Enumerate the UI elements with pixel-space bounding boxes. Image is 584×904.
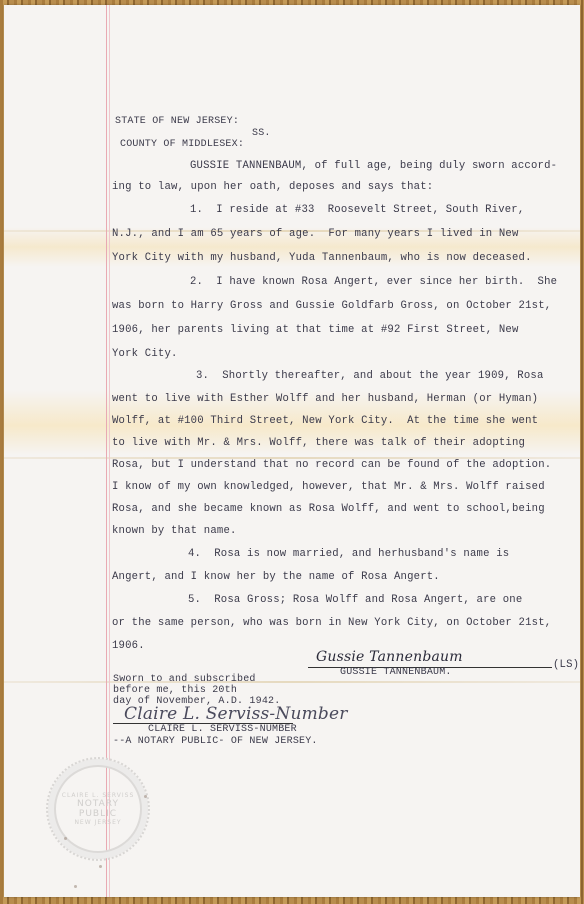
notary-embossed-seal: CLAIRE L. SERVISS NOTARY PUBLIC NEW JERS… — [46, 757, 150, 861]
body-line: Wolff, at #100 Third Street, New York Ci… — [112, 415, 538, 427]
seal-mark: (LS) — [553, 659, 579, 671]
body-line: 3. Shortly thereafter, and about the yea… — [196, 370, 544, 382]
jurat-line: Sworn to and subscribed — [113, 674, 256, 685]
notary-title: --A NOTARY PUBLIC- OF NEW JERSEY. — [113, 736, 318, 747]
body-line: Angert, and I know her by the name of Ro… — [112, 571, 440, 583]
body-line: 5. Rosa Gross; Rosa Wolff and Rosa Anger… — [188, 594, 522, 606]
body-line: I know of my own knowledged, however, th… — [112, 481, 545, 493]
seal-bottom-text: NEW JERSEY — [74, 819, 121, 826]
notary-handwritten-signature: Claire L. Serviss-Number — [124, 704, 348, 724]
caption-ss: SS. — [252, 128, 271, 139]
affiant-typed-name: GUSSIE TANNENBAUM. — [340, 667, 452, 678]
body-line: to live with Mr. & Mrs. Wolff, there was… — [112, 437, 525, 449]
body-line: was born to Harry Gross and Gussie Goldf… — [112, 300, 551, 312]
body-line: GUSSIE TANNENBAUM, of full age, being du… — [190, 160, 557, 172]
body-line: York City. — [112, 348, 178, 360]
affidavit-page: CLAIRE L. SERVISS NOTARY PUBLIC NEW JERS… — [4, 5, 580, 897]
affiant-handwritten-signature: Gussie Tannenbaum — [316, 649, 463, 665]
body-line: N.J., and I am 65 years of age. For many… — [112, 228, 519, 240]
body-line: went to live with Esther Wolff and her h… — [112, 393, 538, 405]
body-line: Rosa, but I understand that no record ca… — [112, 459, 551, 471]
body-line: Rosa, and she became known as Rosa Wolff… — [112, 503, 545, 515]
body-line: 1906. — [112, 640, 145, 652]
seal-center-top: NOTARY — [77, 799, 119, 809]
body-line: 1. I reside at #33 Roosevelt Street, Sou… — [190, 204, 524, 216]
caption-state: STATE OF NEW JERSEY: — [115, 116, 239, 127]
body-line: or the same person, who was born in New … — [112, 617, 551, 629]
body-line: ing to law, upon her oath, deposes and s… — [112, 181, 433, 193]
body-line: 4. Rosa is now married, and herhusband's… — [188, 548, 509, 560]
jurat-line: before me, this 20th — [113, 685, 237, 696]
body-line: 2. I have known Rosa Angert, ever since … — [190, 276, 557, 288]
fold-crease — [4, 681, 580, 683]
seal-ring-text: CLAIRE L. SERVISS — [62, 792, 135, 799]
seal-center-bottom: PUBLIC — [79, 809, 117, 819]
notary-typed-name: CLAIRE L. SERVISS-NUMBER — [148, 724, 297, 735]
body-line: York City with my husband, Yuda Tannenba… — [112, 252, 532, 264]
caption-county: COUNTY OF MIDDLESEX: — [120, 139, 244, 150]
body-line: known by that name. — [112, 525, 237, 537]
body-line: 1906, her parents living at that time at… — [112, 324, 519, 336]
